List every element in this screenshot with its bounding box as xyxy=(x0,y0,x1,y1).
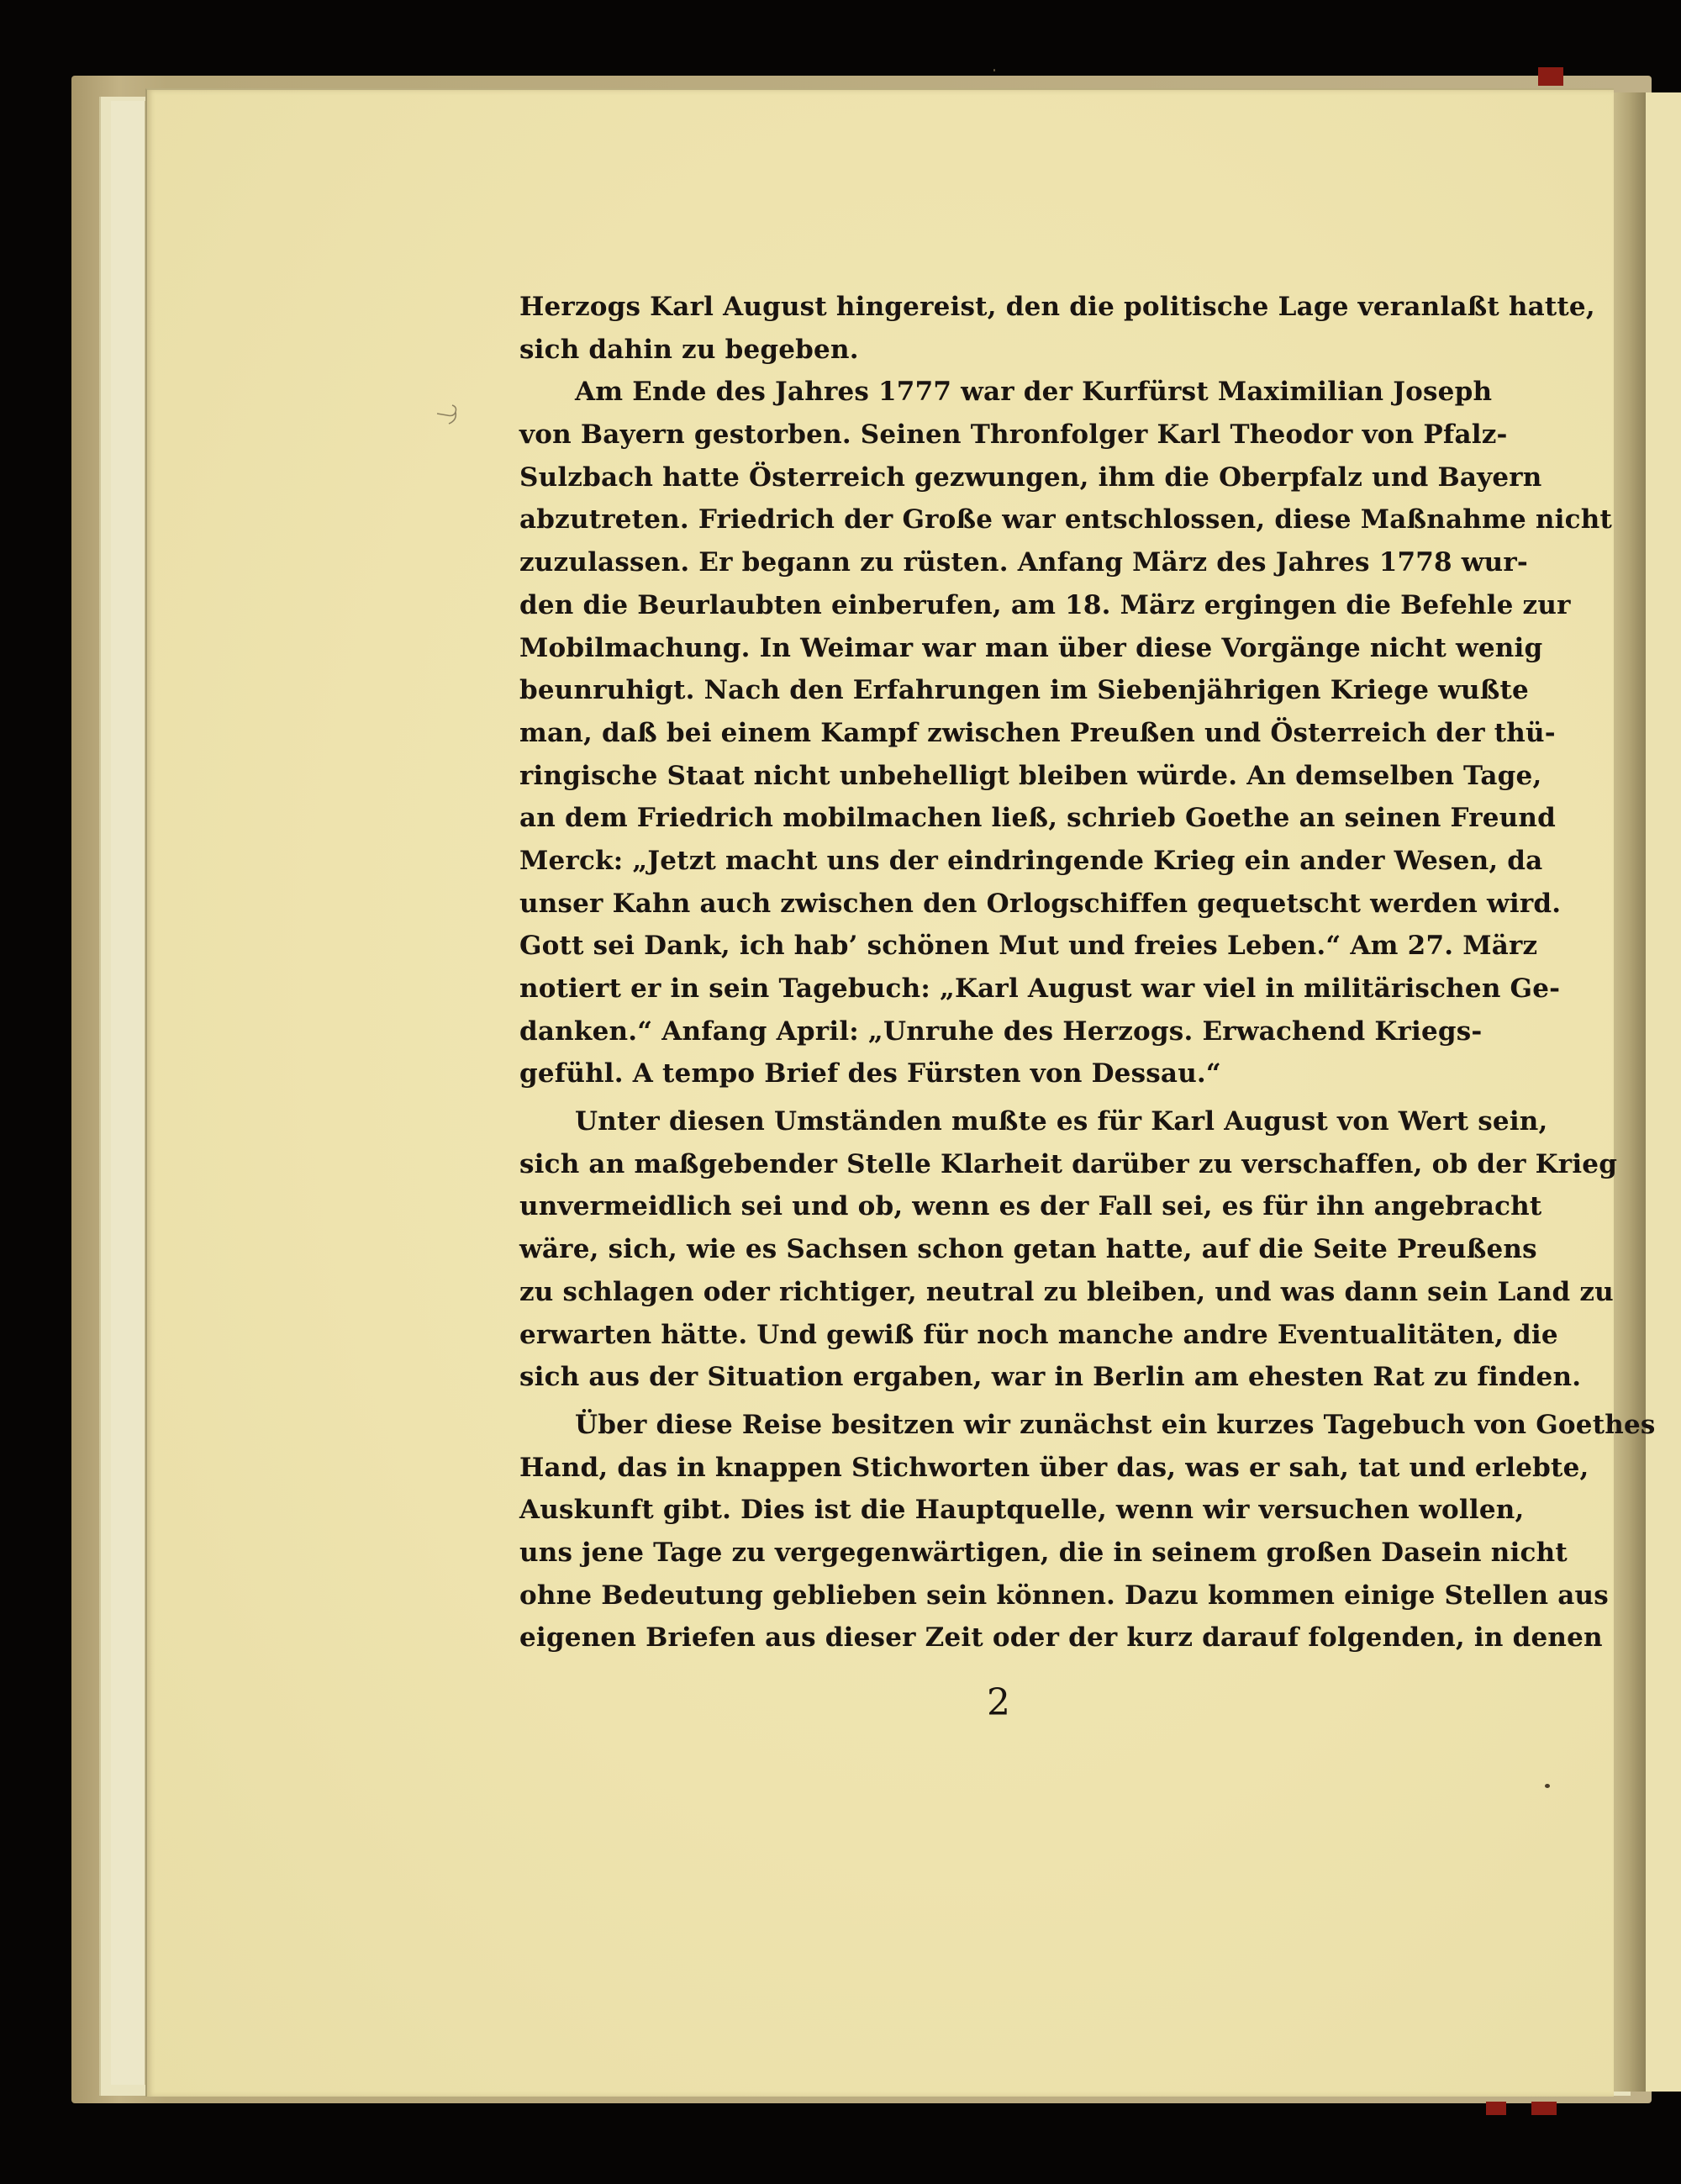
text-line: an dem Friedrich mobilmachen ließ, schri… xyxy=(519,797,1478,840)
text-line: Herzogs Karl August hingereist, den die … xyxy=(519,286,1478,329)
text-line: danken.“ Anfang April: „Unruhe des Herzo… xyxy=(519,1010,1478,1053)
text-line: sich aus der Situation ergaben, war in B… xyxy=(519,1356,1478,1399)
text-line: Gott sei Dank, ich hab’ schönen Mut und … xyxy=(519,925,1478,968)
text-line: Mobilmachung. In Weimar war man über die… xyxy=(519,627,1478,670)
text-line: uns jene Tage zu vergegenwärtigen, die i… xyxy=(519,1532,1478,1575)
paragraph: Herzogs Karl August hingereist, den die … xyxy=(519,286,1478,371)
text-line: gefühl. A tempo Brief des Fürsten von De… xyxy=(519,1052,1478,1095)
binding-red-mark-bottom-2 xyxy=(1531,2102,1557,2115)
text-line: wäre, sich, wie es Sachsen schon getan h… xyxy=(519,1228,1478,1271)
text-line: Sulzbach hatte Österreich gezwungen, ihm… xyxy=(519,456,1478,499)
paragraph: Über diese Reise besitzen wir zunächst e… xyxy=(519,1404,1478,1659)
next-page-edge xyxy=(1646,92,1681,2092)
paper-speck xyxy=(993,69,995,71)
text-line: notiert er in sein Tagebuch: „Karl Augus… xyxy=(519,968,1478,1010)
text-line: unser Kahn auch zwischen den Orlogschiff… xyxy=(519,883,1478,926)
paragraph: Unter diesen Umständen mußte es für Karl… xyxy=(519,1100,1478,1399)
paragraph: Am Ende des Jahres 1777 war der Kurfürst… xyxy=(519,371,1478,1095)
text-line: beunruhigt. Nach den Erfahrungen im Sieb… xyxy=(519,669,1478,712)
text-line: unvermeidlich sei und ob, wenn es der Fa… xyxy=(519,1185,1478,1228)
flyleaf-edge xyxy=(111,101,146,2085)
text-line: erwarten hätte. Und gewiß für noch manch… xyxy=(519,1314,1478,1357)
text-line: ohne Bedeutung geblieben sein können. Da… xyxy=(519,1575,1478,1617)
text-line: Hand, das in knappen Stichworten über da… xyxy=(519,1447,1478,1490)
paper-speck xyxy=(1545,1784,1550,1788)
text-line: den die Beurlaubten einberufen, am 18. M… xyxy=(519,584,1478,627)
binding-red-mark-bottom xyxy=(1486,2102,1506,2115)
text-line: sich dahin zu begeben. xyxy=(519,329,1478,372)
text-line: abzutreten. Friedrich der Große war ents… xyxy=(519,499,1478,541)
text-line: Über diese Reise besitzen wir zunächst e… xyxy=(519,1404,1478,1447)
binding-red-mark-top xyxy=(1538,67,1563,86)
body-text: Herzogs Karl August hingereist, den die … xyxy=(519,286,1478,1659)
text-line: eigenen Briefen aus dieser Zeit oder der… xyxy=(519,1617,1478,1659)
text-line: Am Ende des Jahres 1777 war der Kurfürst… xyxy=(519,371,1478,414)
text-line: zuzulassen. Er begann zu rüsten. Anfang … xyxy=(519,541,1478,584)
page-number: 2 xyxy=(982,1681,1015,1724)
text-line: Auskunft gibt. Dies ist die Hauptquelle,… xyxy=(519,1489,1478,1532)
text-line: Unter diesen Umständen mußte es für Karl… xyxy=(519,1100,1478,1143)
text-line: Merck: „Jetzt macht uns der eindringende… xyxy=(519,840,1478,883)
text-line: von Bayern gestorben. Seinen Thronfolger… xyxy=(519,414,1478,456)
text-line: man, daß bei einem Kampf zwischen Preuße… xyxy=(519,712,1478,755)
pencil-mark-icon xyxy=(435,402,469,427)
text-line: ringische Staat nicht unbehelligt bleibe… xyxy=(519,755,1478,798)
text-line: sich an maßgebender Stelle Klarheit darü… xyxy=(519,1143,1478,1186)
text-line: zu schlagen oder richtiger, neutral zu b… xyxy=(519,1271,1478,1314)
